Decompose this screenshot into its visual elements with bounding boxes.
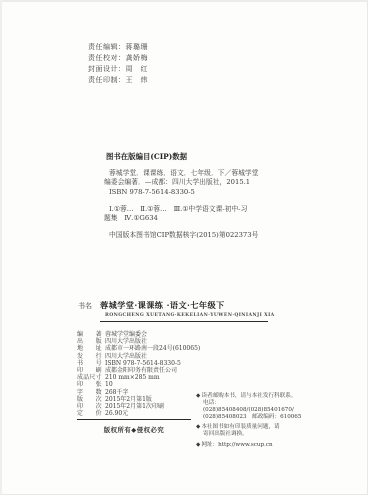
cip-line: 蓉城学堂．课课练．语文．七年级．下／蓉城学堂 — [104, 169, 284, 178]
detail-value: 268千字 — [104, 389, 128, 396]
credit-line-editor: 责任编辑：蒋璐珊 — [88, 42, 148, 53]
detail-value: 成都金阳印务有限责任公司 — [104, 367, 177, 374]
detail-label: 定 价 — [77, 410, 104, 417]
copyright-notice: 版权所有◆侵权必究 — [77, 425, 191, 434]
detail-value: ISBN 978-7-5614-8330-5 — [104, 360, 181, 367]
cip-isbn-line: ISBN 978-7-5614-8330-5 — [104, 188, 284, 197]
publisher-website-url: 网址：http://www.scup.cn — [201, 442, 272, 449]
detail-label: 字 数 — [77, 389, 104, 396]
detail-row-sheets: 印 张 10 — [77, 381, 200, 388]
cip-classification-line: 题集 Ⅳ.①G634 — [104, 214, 284, 223]
detail-label: 地 址 — [77, 345, 104, 352]
title-row: 书名 蓉城学堂·课课练 ·语文·七年级下 RONGCHENG XUETANG·K… — [78, 300, 292, 322]
detail-value: 26.90元 — [104, 410, 128, 417]
book-title-pinyin: RONGCHENG XUETANG·KEKELIAN·YUWEN·QINIANJ… — [105, 313, 292, 318]
detail-row-address: 地 址 成都市一环路南一段24号(610065) — [77, 345, 200, 352]
diamond-bullet-icon: ◆ — [196, 442, 200, 449]
book-copyright-page: 责任编辑：蒋璐珊 责任校对：龚娇梅 封面设计：周 红 责任印制：王 炜 图书在版… — [0, 0, 368, 495]
credits-block: 责任编辑：蒋璐珊 责任校对：龚娇梅 封面设计：周 红 责任印制：王 炜 — [88, 42, 148, 86]
detail-label: 版 次 — [77, 396, 104, 403]
detail-row-isbn: 书 号 ISBN 978-7-5614-8330-5 — [77, 360, 200, 367]
book-title: 蓉城学堂·课课练 ·语文·七年级下 — [100, 300, 225, 311]
note-group-mail-order: ◆ 读者邮购本书，请与本社发行科联系。 电话：(028)85408408/(02… — [196, 393, 308, 421]
divider-rule — [100, 321, 268, 322]
detail-label: 发 行 — [77, 353, 104, 360]
detail-row-wordcount: 字 数 268千字 — [77, 389, 200, 396]
detail-row-price: 定 价 26.90元 — [77, 410, 200, 417]
diamond-bullet-icon: ◆ — [196, 424, 200, 431]
cip-record-line: 中国版本图书馆CIP数据核字(2015)第022373号 — [104, 231, 284, 240]
note-group-website: ◆ 网址：http://www.scup.cn — [196, 442, 308, 449]
cip-classification-line: Ⅰ.①蓉… Ⅱ.①蓉… Ⅲ.①中学语文课-初中-习 — [104, 205, 284, 214]
detail-value: 2015年2月第1版 — [104, 396, 152, 403]
note-line: 电话：(028)85408408/(028)85401670/ — [196, 400, 308, 414]
detail-value: 成都市一环路南一段24号(610065) — [104, 345, 200, 352]
detail-row-edition: 版 次 2015年2月第1版 — [77, 396, 200, 403]
diamond-bullet-icon: ◆ — [196, 393, 200, 400]
title-label: 书名 — [78, 301, 92, 311]
detail-value: 210 mm×285 mm — [104, 374, 160, 381]
detail-row-distributor: 发 行 四川大学出版社 — [77, 353, 200, 360]
note-group-quality: ◆ 本社图书如有印装质量问题，请 寄回出版社调换。 — [196, 424, 308, 438]
cip-line: 编委会编著．—成都：四川大学出版社，2015.1 — [104, 178, 284, 187]
detail-label: 印 张 — [77, 381, 104, 388]
scan-edge — [0, 0, 368, 2]
scan-edge — [0, 0, 2, 495]
cip-block: 图书在版编目(CIP)数据 蓉城学堂．课课练．语文．七年级．下／蓉城学堂 编委会… — [104, 152, 284, 240]
credit-line-cover-design: 封面设计：周 红 — [88, 64, 148, 75]
credit-line-proofreader: 责任校对：龚娇梅 — [88, 53, 148, 64]
note-line: 寄回出版社调换。 — [196, 431, 308, 438]
detail-label: 书 号 — [77, 360, 104, 367]
detail-value: 2015年2月第1次印刷 — [104, 403, 164, 410]
detail-value: 10 — [104, 381, 113, 388]
note-line: (028)85408023 邮政编码：610065 — [196, 414, 308, 421]
detail-value: 四川大学出版社 — [104, 353, 147, 360]
divider-rule — [77, 419, 191, 420]
credit-line-print-supervisor: 责任印制：王 炜 — [88, 75, 148, 86]
publisher-notes: ◆ 读者邮购本书，请与本社发行科联系。 电话：(028)85408408/(02… — [196, 393, 308, 452]
publication-details: 编 著 蓉城学堂编委会 出 版 四川大学出版社 地 址 成都市一环路南一段24号… — [77, 331, 200, 417]
cip-heading: 图书在版编目(CIP)数据 — [104, 152, 284, 161]
